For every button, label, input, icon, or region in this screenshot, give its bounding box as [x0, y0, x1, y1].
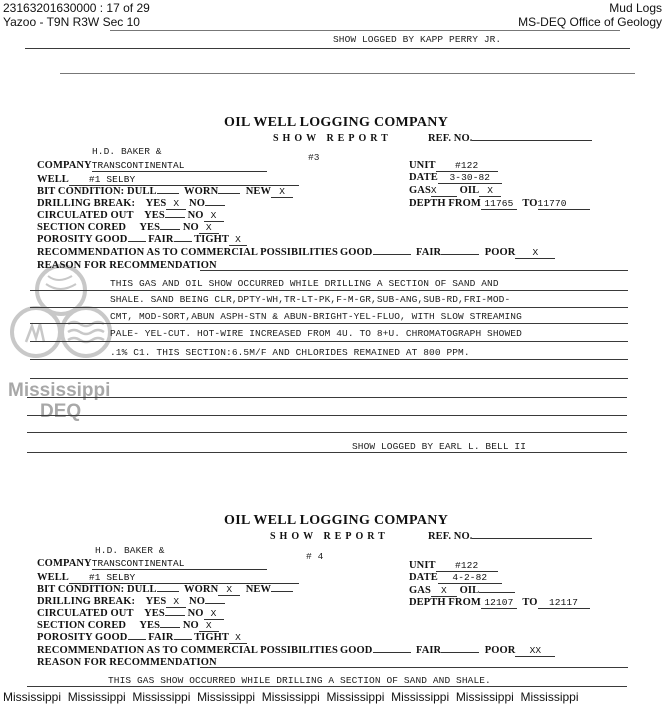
section-cored-field: SECTION CORED YES NOX	[37, 620, 219, 632]
circulated-out-field: CIRCULATED OUT YES NOX	[37, 210, 224, 222]
company-line-1: H.D. BAKER &	[95, 545, 165, 556]
company-field: COMPANYTRANSCONTINENTAL	[37, 558, 267, 570]
divider	[25, 48, 630, 49]
logged-by-previous: SHOW LOGGED BY KAPP PERRY JR.	[333, 34, 501, 45]
reason-label: REASON FOR RECOMMENDATION	[37, 657, 217, 668]
logged-by: SHOW LOGGED BY EARL L. BELL II	[352, 441, 526, 452]
company-title: OIL WELL LOGGING COMPANY	[224, 115, 448, 131]
footer-watermark-row: Mississippi Mississippi Mississippi Miss…	[3, 690, 579, 704]
depth-field: DEPTH FROM12107 TO12117	[409, 597, 590, 609]
recommendation-field: GOOD FAIR POORXX	[340, 645, 555, 657]
divider	[27, 415, 627, 416]
divider	[200, 667, 628, 668]
remarks-line-1: THIS GAS AND OIL SHOW OCCURRED WHILE DRI…	[110, 278, 499, 289]
date-field: DATE3-30-82	[409, 172, 502, 184]
company-value: TRANSCONTINENTAL	[92, 558, 185, 569]
well-value: #1 SELBY	[89, 174, 135, 185]
recommendation-field: GOOD FAIR POORX	[340, 247, 555, 259]
section-cored-field: SECTION CORED YES NOX	[37, 222, 219, 234]
divider	[30, 341, 628, 342]
watermark-mississippi: Mississippi	[8, 380, 110, 402]
agency-name: MS-DEQ Office of Geology	[518, 15, 662, 29]
unit-field: UNIT#122	[409, 560, 498, 572]
porosity-field: POROSITY GOOD FAIR TIGHTX	[37, 234, 247, 246]
divider	[110, 30, 620, 31]
document-id: 23163201630000 : 17 of 29	[3, 1, 150, 15]
ref-no-field: REF. NO.	[428, 531, 592, 542]
remarks-line-4: PALE- YEL-CUT. HOT-WIRE INCREASED FROM 4…	[110, 328, 522, 339]
footer-word: Mississippi	[197, 690, 255, 704]
footer-word: Mississippi	[132, 690, 190, 704]
company-field: COMPANYTRANSCONTINENTAL	[37, 160, 267, 172]
well-field: WELL#1 SELBY	[37, 174, 299, 186]
watermark-deq: DEQ	[40, 401, 81, 423]
bit-condition-field: BIT CONDITION: DULL WORNX NEW	[37, 584, 293, 596]
mdeq-logo-icon	[6, 262, 116, 372]
ref-no-value	[472, 140, 592, 141]
company-title: OIL WELL LOGGING COMPANY	[224, 513, 448, 529]
report-title: SHOW REPORT	[273, 133, 392, 144]
recommendation-label: RECOMMENDATION AS TO COMMERCIAL POSSIBIL…	[37, 645, 338, 656]
company-value: TRANSCONTINENTAL	[92, 160, 185, 171]
remarks-line-2: SHALE. SAND BEING CLR,DPTY-WH,TR-LT-PK,F…	[110, 294, 510, 305]
divider	[27, 452, 627, 453]
gas-oil-field: GASX OILX	[409, 185, 501, 197]
remarks-line-5: .1% C1. THIS SECTION:6.5M/F AND CHLORIDE…	[110, 347, 470, 358]
footer-word: Mississippi	[326, 690, 384, 704]
gas-oil-field: GASX OIL	[409, 585, 515, 597]
divider	[27, 686, 627, 687]
footer-word: Mississippi	[3, 690, 61, 704]
divider	[200, 270, 628, 271]
recommendation-label: RECOMMENDATION AS TO COMMERCIAL POSSIBIL…	[37, 247, 338, 258]
well-field: WELL#1 SELBY	[37, 572, 299, 584]
circulated-out-field: CIRCULATED OUT YES NOX	[37, 608, 224, 620]
well-value: #1 SELBY	[89, 572, 135, 583]
report-number: #3	[308, 152, 320, 163]
footer-word: Mississippi	[68, 690, 126, 704]
divider	[30, 307, 628, 308]
footer-word: Mississippi	[521, 690, 579, 704]
remarks-line-3: CMT, MOD-SORT,ABUN ASPH-STN & ABUN-BRIGH…	[110, 311, 522, 322]
document-location: Yazoo - T9N R3W Sec 10	[3, 15, 140, 29]
divider	[27, 432, 627, 433]
drilling-break-field: DRILLING BREAK: YESX NO	[37, 198, 225, 210]
divider	[60, 73, 635, 74]
drilling-break-field: DRILLING BREAK: YESX NO	[37, 596, 225, 608]
divider	[30, 359, 628, 360]
ref-no-value	[472, 538, 592, 539]
document-type: Mud Logs	[609, 1, 662, 15]
remarks-line-1: THIS GAS SHOW OCCURRED WHILE DRILLING A …	[108, 675, 491, 686]
company-line-1: H.D. BAKER &	[92, 146, 162, 157]
divider	[30, 323, 628, 324]
mdeq-logo-watermark	[6, 262, 116, 372]
footer-word: Mississippi	[391, 690, 449, 704]
ref-no-field: REF. NO.	[428, 133, 592, 144]
bit-condition-field: BIT CONDITION: DULL WORN NEWX	[37, 186, 293, 198]
report-number: # 4	[306, 551, 323, 562]
divider	[30, 290, 628, 291]
footer-word: Mississippi	[262, 690, 320, 704]
divider	[27, 397, 627, 398]
report-title: SHOW REPORT	[270, 531, 389, 542]
date-field: DATE4-2-82	[409, 572, 502, 584]
reason-label: REASON FOR RECOMMENDATION	[37, 260, 217, 271]
depth-field: DEPTH FROM11765 TO11770	[409, 198, 590, 210]
porosity-field: POROSITY GOOD FAIR TIGHTX	[37, 632, 247, 644]
unit-field: UNIT#122	[409, 160, 498, 172]
divider	[30, 378, 628, 379]
footer-word: Mississippi	[456, 690, 514, 704]
